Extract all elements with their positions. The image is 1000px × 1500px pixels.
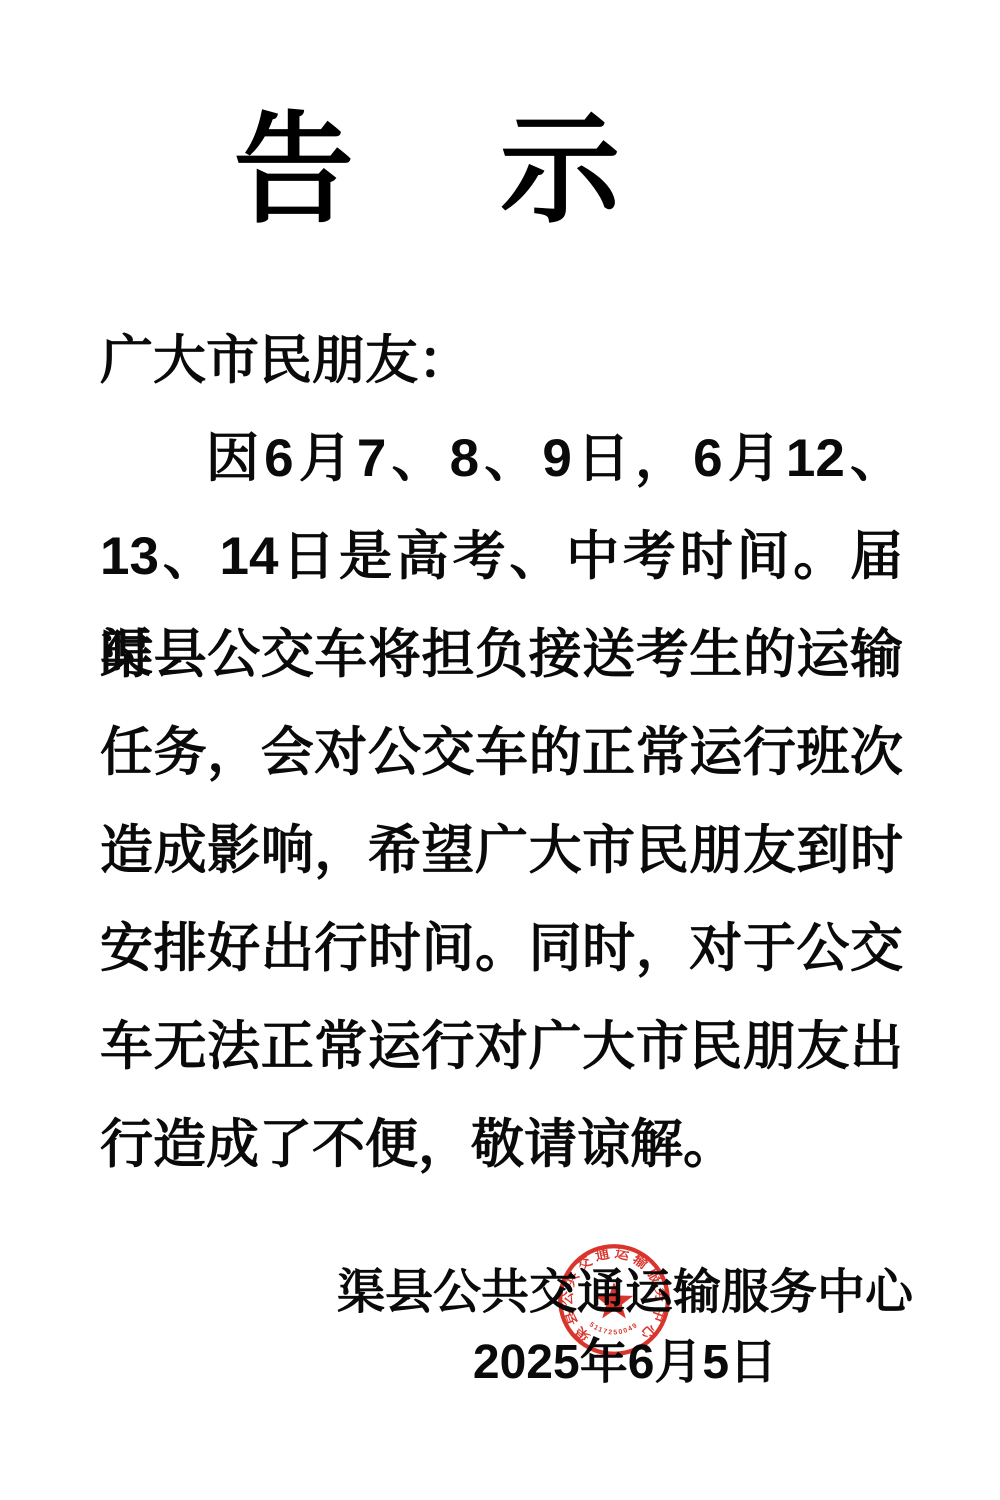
body-line: 任务，会对公交车的正常运行班次: [100, 704, 903, 802]
body-line: 渠县公交车将担负接送考生的运输: [100, 606, 903, 704]
seal-star-icon: [595, 1282, 633, 1318]
body-line: 安排好出行时间。同时，对于公交: [100, 900, 903, 998]
salutation-line: 广大市民朋友：: [100, 312, 903, 410]
official-seal: 渠县公共交通运输服务中心 5117250049: [556, 1242, 672, 1358]
seal-code: 5117250049: [588, 1321, 640, 1336]
notice-page: 告示 广大市民朋友： 因6月7、8、9日，6月12、 13、14日是高考、中考时…: [0, 0, 1000, 1500]
seal-code-wrap: 5117250049: [588, 1321, 640, 1336]
body-line: 13、14日是高考、中考时间。届时: [100, 508, 903, 606]
body-line: 因6月7、8、9日，6月12、: [100, 410, 903, 508]
notice-title: 告示: [0, 96, 1000, 246]
body-line: 造成影响，希望广大市民朋友到时: [100, 802, 903, 900]
notice-body: 广大市民朋友： 因6月7、8、9日，6月12、 13、14日是高考、中考时间。届…: [100, 312, 903, 1194]
body-line: 行造成了不便，敬请谅解。: [100, 1096, 903, 1194]
body-line: 车无法正常运行对广大市民朋友出: [100, 998, 903, 1096]
